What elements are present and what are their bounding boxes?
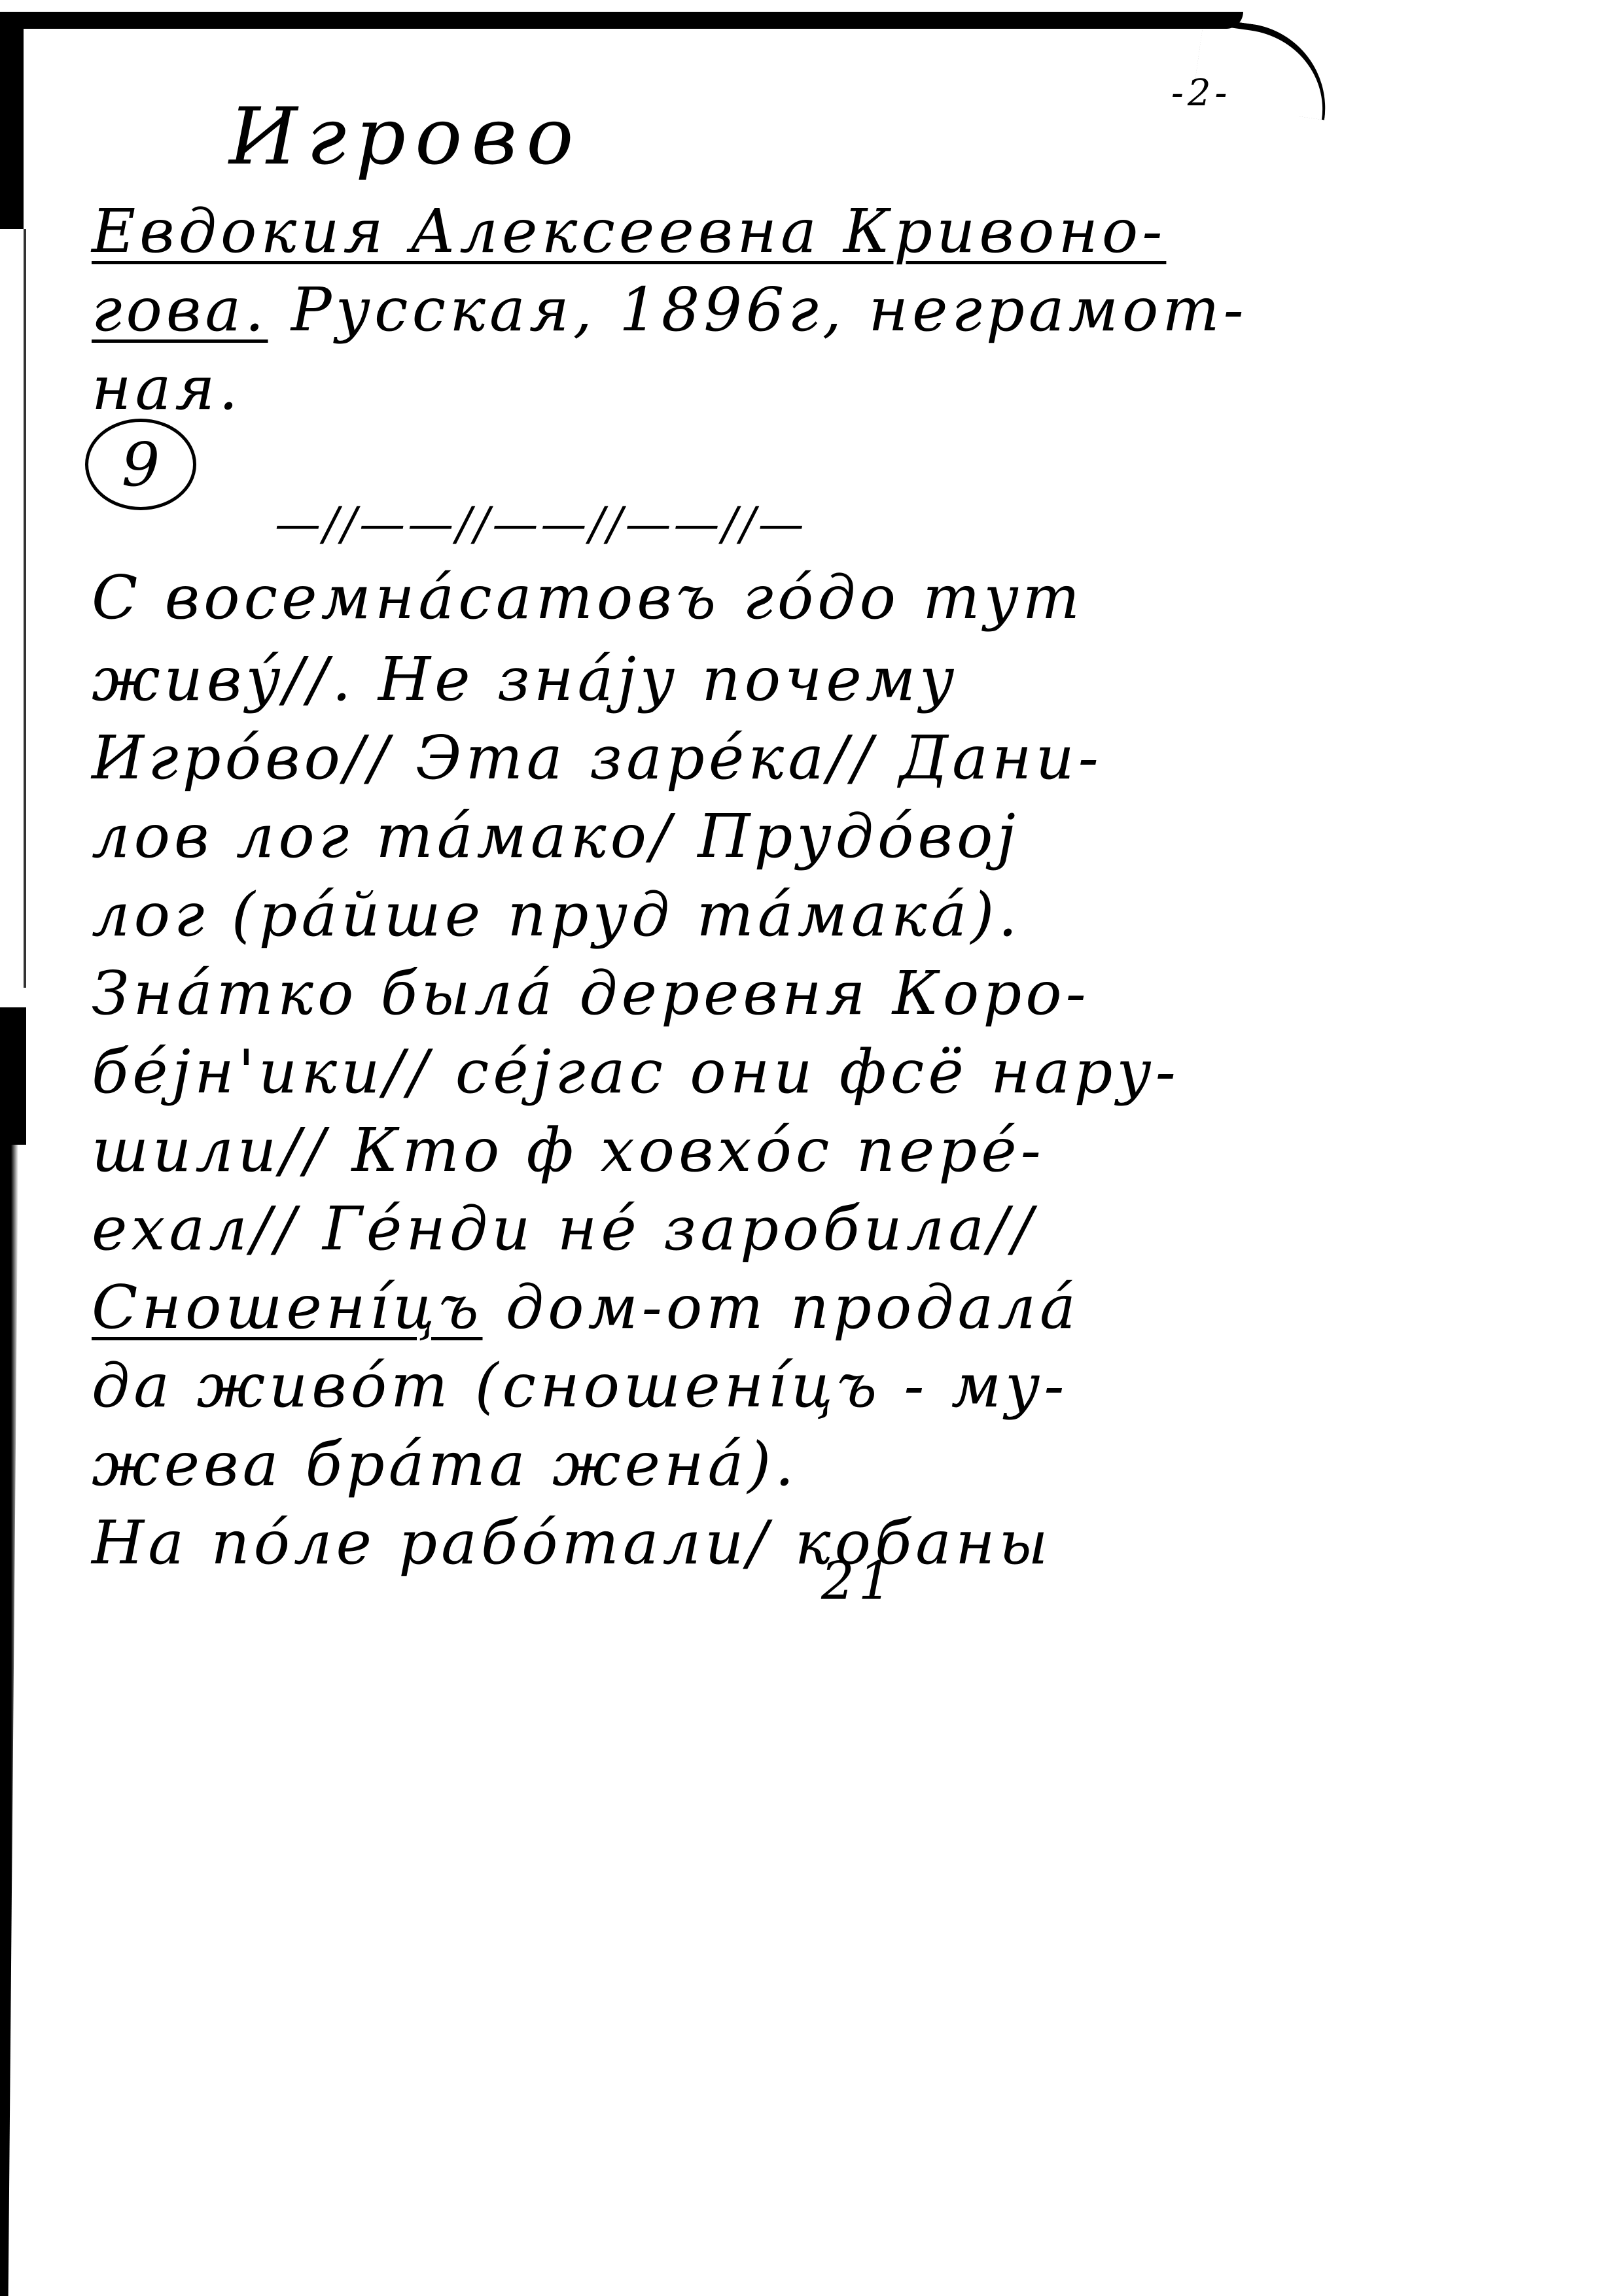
text-line-11: да живóт (сношенíцъ - му- xyxy=(92,1351,1068,1421)
scan-left-edge xyxy=(0,26,24,229)
text-line-10: Сношенíцъ дом-от продалá xyxy=(92,1272,1080,1342)
village-title: Игрово xyxy=(229,92,582,183)
record-number-circled: 9 xyxy=(85,419,196,510)
text-line-10-rest: дом-от продалá xyxy=(483,1272,1080,1342)
scan-left-edge-mid xyxy=(0,1007,26,1145)
bottom-page-number: 21 xyxy=(821,1550,896,1611)
underlined-term: Сношенíцъ xyxy=(92,1272,483,1342)
text-line-1: С восемнáсатовъ гóдо тут xyxy=(92,563,1084,633)
informant-line-2: гова. Русская, 1896г, неграмот- xyxy=(92,275,1248,345)
section-divider: —//——//——//——//— xyxy=(275,497,807,551)
corner-page-number: -2- xyxy=(1171,72,1231,114)
informant-surname-end: гова. xyxy=(92,275,268,345)
text-line-4: лов лог тáмако/ Прудóвој xyxy=(92,801,1019,871)
text-line-3: Игрóво// Эта зарéка// Дани- xyxy=(92,723,1103,793)
scan-left-edge-bottom xyxy=(0,1145,18,2296)
informant-line-3: ная. xyxy=(92,353,242,423)
text-line-8: шили// Кто ф ховхóс перé- xyxy=(92,1115,1045,1185)
text-line-12: жева брáта женá). xyxy=(92,1429,798,1499)
text-line-9: ехал// Гéнди нé заробила// xyxy=(92,1194,1036,1264)
informant-details: Русская, 1896г, неграмот- xyxy=(268,275,1248,345)
text-line-2: живý//. Не знáју почему xyxy=(92,644,958,714)
text-line-5: лог (рáйше пруд тáмакá). xyxy=(92,880,1021,950)
scanned-manuscript-page: -2- Игрово Евдокия Алексеевна Кривоно- г… xyxy=(0,0,1607,2296)
text-line-6: Знáтко былá деревня Коро- xyxy=(92,958,1090,1028)
scan-top-edge xyxy=(0,12,1243,29)
scan-left-edge-strip xyxy=(24,229,26,988)
text-line-13: На пóле рабóтали/ кобаны xyxy=(92,1508,1052,1578)
text-line-7: бéјн'ики// сéјгас они фсё нару- xyxy=(92,1037,1180,1107)
informant-name-line-1: Евдокия Алексеевна Кривоно- xyxy=(92,196,1166,266)
